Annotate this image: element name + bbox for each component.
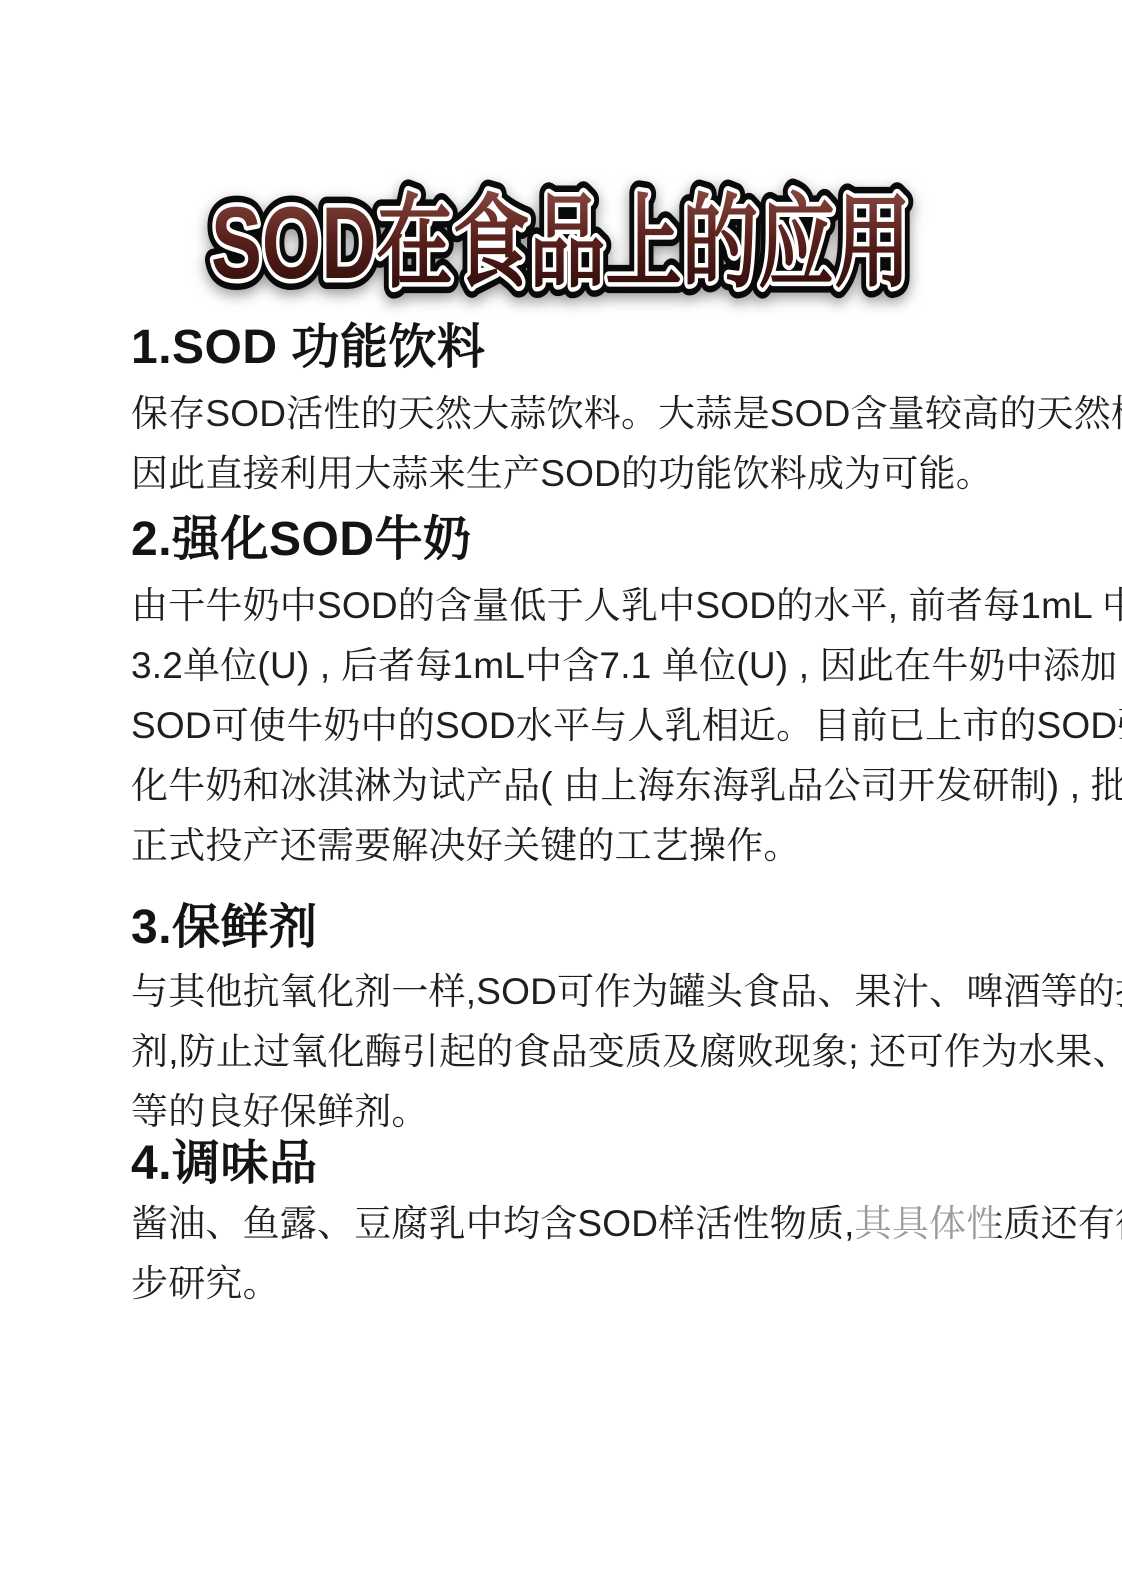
page-title: SOD在食品上的应用 SOD在食品上的应用 SOD在食品上的应用: [0, 0, 1122, 310]
section-1-heading: 1.SOD 功能饮料: [131, 320, 1022, 376]
section-1-body: 保存SOD活性的天然大蒜饮料。大蒜是SOD含量较高的天然植物, 因此直接利用大蒜…: [131, 384, 1022, 504]
body-line: 因此直接利用大蒜来生产SOD的功能饮料成为可能。: [131, 444, 1022, 504]
section-2-body: 由干牛奶中SOD的含量低于人乳中SOD的水平, 前者每1mL 中含 3.2单位(…: [131, 576, 1022, 876]
section-sod-functional-drink: 1.SOD 功能饮料 保存SOD活性的天然大蒜饮料。大蒜是SOD含量较高的天然植…: [131, 320, 1022, 504]
article-body: 1.SOD 功能饮料 保存SOD活性的天然大蒜饮料。大蒜是SOD含量较高的天然植…: [131, 320, 1022, 1314]
section-4-heading: 4.调味品: [131, 1136, 1022, 1192]
section-2-heading: 2.强化SOD牛奶: [131, 512, 1022, 568]
body-line: 等的良好保鲜剂。: [131, 1082, 1022, 1142]
body-line: 由干牛奶中SOD的含量低于人乳中SOD的水平, 前者每1mL 中含: [131, 576, 1022, 636]
body-line: 酱油、鱼露、豆腐乳中均含SOD样活性物质,其具体性质还有待进一: [131, 1194, 1022, 1254]
body-line: SOD可使牛奶中的SOD水平与人乳相近。目前已上市的SOD强: [131, 696, 1022, 756]
body-line: 与其他抗氧化剂一样,SOD可作为罐头食品、果汁、啤酒等的抗氧化: [131, 962, 1022, 1022]
body-line: 正式投产还需要解决好关键的工艺操作。: [131, 816, 1022, 876]
section-3-body: 与其他抗氧化剂一样,SOD可作为罐头食品、果汁、啤酒等的抗氧化 剂,防止过氧化酶…: [131, 962, 1022, 1142]
section-condiments: 4.调味品 酱油、鱼露、豆腐乳中均含SOD样活性物质,其具体性质还有待进一 步研…: [131, 1136, 1022, 1314]
page: SOD在食品上的应用 SOD在食品上的应用 SOD在食品上的应用 1.SOD 功…: [0, 0, 1122, 1587]
body-line: 化牛奶和冰淇淋为试产品( 由上海东海乳品公司开发研制) , 批量: [131, 756, 1022, 816]
section-3-heading: 3.保鲜剂: [131, 900, 1022, 956]
body-line: 保存SOD活性的天然大蒜饮料。大蒜是SOD含量较高的天然植物,: [131, 384, 1022, 444]
section-preservative: 3.保鲜剂 与其他抗氧化剂一样,SOD可作为罐头食品、果汁、啤酒等的抗氧化 剂,…: [131, 900, 1022, 1142]
section-fortified-sod-milk: 2.强化SOD牛奶 由干牛奶中SOD的含量低于人乳中SOD的水平, 前者每1mL…: [131, 512, 1022, 876]
body-line: 步研究。: [131, 1254, 1022, 1314]
title-art: SOD在食品上的应用 SOD在食品上的应用 SOD在食品上的应用: [166, 172, 956, 310]
section-4-body: 酱油、鱼露、豆腐乳中均含SOD样活性物质,其具体性质还有待进一 步研究。: [131, 1194, 1022, 1314]
body-line: 剂,防止过氧化酶引起的食品变质及腐败现象; 还可作为水果、蔬菜: [131, 1022, 1022, 1082]
body-line: 3.2单位(U) , 后者每1mL中含7.1 单位(U) , 因此在牛奶中添加: [131, 636, 1022, 696]
title-text: SOD在食品上的应用: [211, 186, 911, 300]
